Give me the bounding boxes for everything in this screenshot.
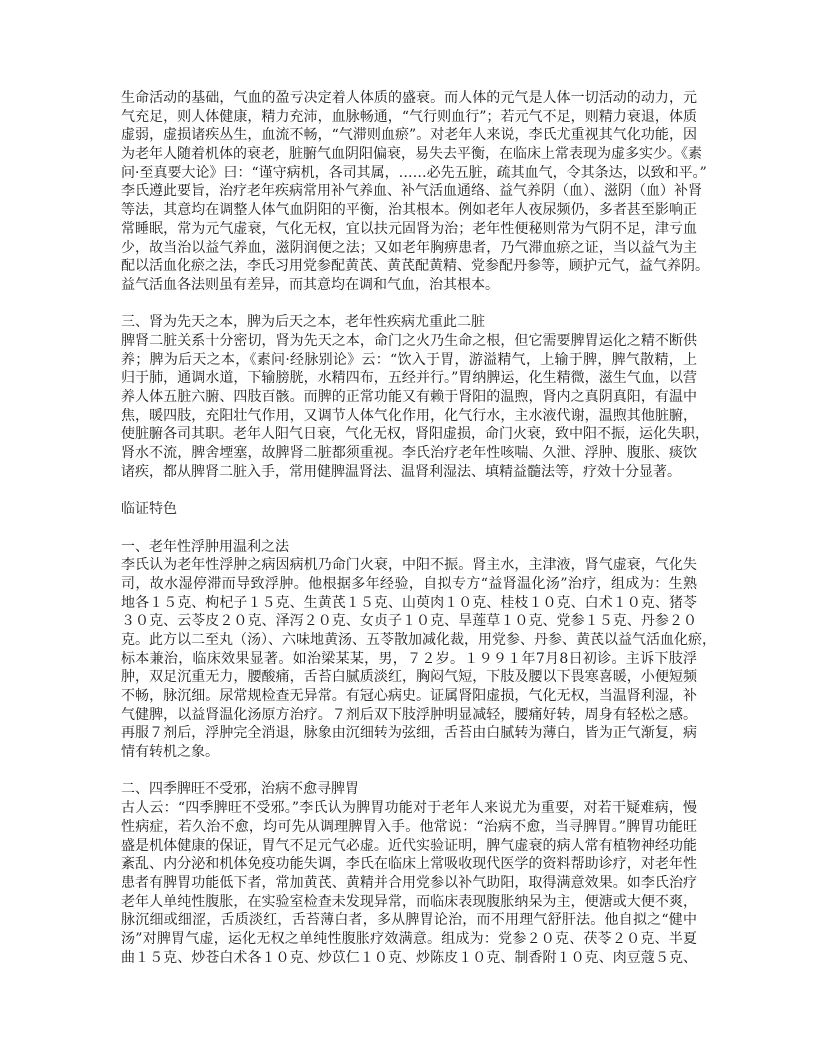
- blank-line: [121, 519, 701, 538]
- text-line: 克。此方以二至丸（汤）、六味地黄汤、五苓散加减化裁，用党参、丹参、黄芪以益气活血…: [121, 631, 697, 650]
- text-line: 性病症，若久治不愈，均可先从调理脾胃入手。他常说：“治病不愈，当寻脾胃。”脾胃功…: [121, 818, 697, 837]
- paragraph-spleen-stomach: 古人云：“四季脾旺不受邪。”李氏认为脾胃功能对于老年人来说尤为重要，对若干疑难病…: [121, 799, 701, 967]
- document-page: 生命活动的基础，气血的盈亏决定着人体质的盛衰。而人体的元气是人体一切活动的动力，…: [121, 89, 701, 967]
- text-line: 肿，双足沉重无力，腰酸痛，舌苔白腻质淡红，胸闷气短，下肢及腰以下畏寒喜暖，小便短…: [121, 668, 697, 687]
- text-line: 李氏遵此要旨，治疗老年疾病常用补气养血、补气活血通络、益气养阴（血）、滋阴（血）…: [121, 182, 697, 201]
- text-line: 焦，暖四肢，充阳壮气作用，又调节人体气化作用，化气行水，主水液代谢，温煦其他脏腑…: [121, 407, 697, 426]
- blank-line: [121, 762, 701, 781]
- text-line: 归于肺，通调水道，下输膀胱，水精四布，五经并行。”胃纳脾运，化生精微，滋生气血，…: [121, 369, 697, 388]
- section-heading-edema: 一、老年性浮肿用温利之法: [121, 538, 697, 557]
- text-line: 地各１５克、枸杞子１５克、生黄芪１５克、山萸肉１０克、桂枝１０克、白术１０克、猪…: [121, 594, 697, 613]
- text-line: 老年人单纯性腹胀，在实验室检查未发现异常，而临床表现腹胀纳呆为主，便溏或大便不爽…: [121, 893, 697, 912]
- text-line: 配以活血化瘀之法，李氏习用党参配黄芪、黄芪配黄精、党参配丹参等，顾护元气，益气养…: [121, 257, 697, 276]
- text-line: 肾水不流，脾舍堙塞，故脾肾二脏都须重视。李氏治疗老年性咳喘、久泄、浮肿、腹胀、痰…: [121, 444, 697, 463]
- text-line: 使脏腑各司其职。老年人阳气日衰，气化无权，肾阳虚损，命门火衰，致中阳不振，运化失…: [121, 425, 697, 444]
- paragraph-spleen-kidney: 脾肾二脏关系十分密切，肾为先天之本，命门之火乃生命之根，但它需要脾胃运化之精不断…: [121, 332, 701, 482]
- section-heading-spleen-kidney: 三、肾为先天之本，脾为后天之本，老年性疾病尤重此二脏: [121, 313, 697, 332]
- text-line: 曲１５克、炒苍白术各１０克、炒苡仁１０克、炒陈皮１０克、制香附１０克、肉豆蔻５克…: [121, 949, 697, 968]
- paragraph-edema: 李氏认为老年性浮肿之病因病机乃命门火衰，中阳不振。肾主水，主津液，肾气虚衰，气化…: [121, 556, 701, 762]
- text-line: 标本兼治，临床效果显著。如治梁某某，男，７２岁。１９９１年7月8日初诊。主诉下肢…: [121, 650, 697, 669]
- text-line: 常睡眠，常为元气虚衰，气化无权，宜以扶元固肾为治；老年性便秘则常为气阴不足，津亏…: [121, 220, 697, 239]
- text-line: 气健脾，以益肾温化汤原方治疗。７剂后双下肢浮肿明显减轻，腰痛好转，周身有轻松之感…: [121, 706, 697, 725]
- text-line: 诸疾，都从脾肾二脏入手，常用健脾温肾法、温肾利湿法、填精益髓法等，疗效十分显著。: [121, 463, 697, 482]
- text-line: 司，故水湿停滞而导致浮肿。他根据多年经验，自拟专方“益肾温化汤”治疗，组成为：生…: [121, 575, 697, 594]
- text-line: 再服７剂后，浮肿完全消退，脉象由沉细转为弦细，舌苔由白腻转为薄白，皆为正气渐复，…: [121, 724, 697, 743]
- section-heading-clinical-features: 临证特色: [121, 500, 697, 519]
- text-line: 盛是机体健康的保证，胃气不足元气必虚。近代实验证明，脾气虚衰的病人常有植物神经功…: [121, 837, 697, 856]
- text-line: 为老年人随着机体的衰老，脏腑气血阴阳偏衰，易失去平衡，在临床上常表现为虚多实少。…: [121, 145, 697, 164]
- text-line: 古人云：“四季脾旺不受邪。”李氏认为脾胃功能对于老年人来说尤为重要，对若干疑难病…: [121, 799, 697, 818]
- text-line: 汤”对脾胃气虚，运化无权之单纯性腹胀疗效满意。组成为：党参２０克、茯苓２０克、半…: [121, 930, 697, 949]
- text-line: 紊乱、内分泌和机体免疫功能失调，李氏在临床上常吸收现代医学的资料帮助诊疗，对老年…: [121, 855, 697, 874]
- text-line: 患者有脾胃功能低下者，常加黄芪、黄精并合用党参以补气助阳，取得满意效果。如李氏治…: [121, 874, 697, 893]
- text-line: 等法，其意均在调整人体气血阴阳的平衡，治其根本。例如老年人夜尿频仍，多者甚至影响…: [121, 201, 697, 220]
- text-line: 生命活动的基础，气血的盈亏决定着人体质的盛衰。而人体的元气是人体一切活动的动力，…: [121, 89, 697, 108]
- text-line: 益气活血各法则虽有差异，而其意均在调和气血，治其根本。: [121, 276, 697, 295]
- text-line: 气充足，则人体健康，精力充沛，血脉畅通，“气行则血行”；若元气不足，则精力衰退，…: [121, 108, 697, 127]
- blank-line: [121, 481, 701, 500]
- text-line: 情有转机之象。: [121, 743, 697, 762]
- blank-line: [121, 295, 701, 314]
- section-heading-spleen-stomach: 二、四季脾旺不受邪，治病不愈寻脾胃: [121, 780, 697, 799]
- text-line: 问·至真要大论》曰：“谨守病机，各司其属，……必先五脏，疏其血气，令其条达，以致…: [121, 164, 697, 183]
- text-line: 李氏认为老年性浮肿之病因病机乃命门火衰，中阳不振。肾主水，主津液，肾气虚衰，气化…: [121, 556, 697, 575]
- text-line: 脉沉细或细涩，舌质淡红，舌苔薄白者，多从脾胃论治，而不用理气舒肝法。他自拟之“健…: [121, 911, 697, 930]
- text-line: 养人体五脏六腑、四肢百骸。而脾的正常功能又有赖于肾阳的温煦，肾内之真阴真阳，有温…: [121, 388, 697, 407]
- text-line: 不畅，脉沉细。尿常规检查无异常。有冠心病史。证属肾阳虚损，气化无权，当温肾利湿，…: [121, 687, 697, 706]
- text-line: 脾肾二脏关系十分密切，肾为先天之本，命门之火乃生命之根，但它需要脾胃运化之精不断…: [121, 332, 697, 351]
- text-line: ３０克、云苓皮２０克、泽泻２０克、女贞子１０克、旱莲草１０克、党参１５克、丹参２…: [121, 612, 697, 631]
- text-line: 少，故当治以益气养血，滋阴润便之法；又如老年胸痹患者，乃气滞血瘀之证，当以益气为…: [121, 239, 697, 258]
- text-line: 养；脾为后天之本，《素问·经脉别论》云：“饮入于胃，游溢精气，上输于脾，脾气散精…: [121, 351, 697, 370]
- paragraph-qi-blood: 生命活动的基础，气血的盈亏决定着人体质的盛衰。而人体的元气是人体一切活动的动力，…: [121, 89, 701, 295]
- text-line: 虚弱，虚损诸疾丛生，血流不畅，“气滞则血瘀”。对老年人来说，李氏尤重视其气化功能…: [121, 126, 697, 145]
